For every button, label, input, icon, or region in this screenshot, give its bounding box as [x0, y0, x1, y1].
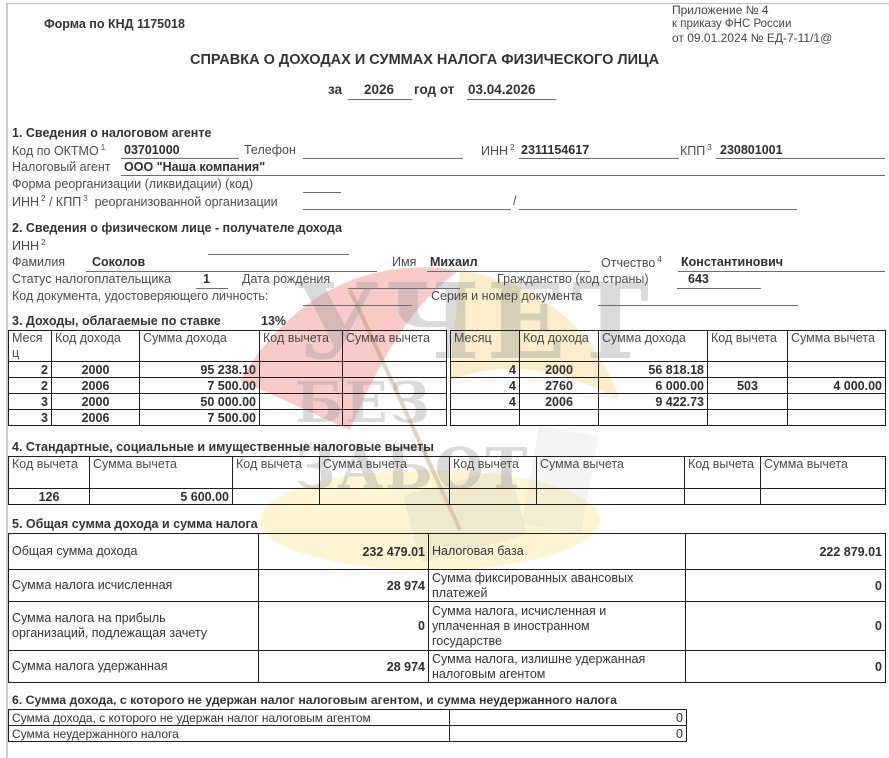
doc-number-label: Серия и номер документа — [431, 289, 582, 303]
deduction-amount-cell — [788, 410, 886, 426]
report-year: 2026 — [364, 82, 394, 97]
tax-rate: 13% — [261, 314, 286, 328]
agent-label: Налоговый агент — [12, 160, 111, 174]
unwithheld-tax-label: Сумма неудержанного налога — [9, 726, 450, 742]
total-income-label: Общая сумма дохода — [9, 534, 259, 570]
reorg-inn-kpp-label: ИНН2 / КПП3 реорганизованной организации — [12, 194, 278, 209]
deduction-amount-cell — [537, 489, 685, 505]
income-amount-cell — [599, 410, 708, 426]
unwithheld-income-value: 0 — [450, 710, 687, 726]
oktmo-label: Код по ОКТМО1 — [12, 143, 105, 158]
deduction-code-cell: 126 — [9, 489, 90, 505]
table-row: 4 2760 6 000.00 503 4 000.00 — [451, 378, 886, 394]
income-code-cell: 2760 — [520, 378, 599, 394]
income-code-cell: 2000 — [52, 362, 140, 378]
income-amount-cell: 50 000.00 — [140, 394, 260, 410]
patronymic-value: Константинович — [681, 255, 783, 269]
month-cell: 3 — [9, 410, 52, 426]
income-table-left: Меся ц Код дохода Сумма дохода Код вычет… — [8, 330, 447, 426]
year-suffix: год от — [414, 82, 454, 97]
table-row: 2 2000 95 238.10 — [9, 362, 447, 378]
income-code-cell: 2000 — [52, 394, 140, 410]
income-amount-cell: 95 238.10 — [140, 362, 260, 378]
unwithheld-table: Сумма дохода, с которого не удержан нало… — [8, 709, 687, 742]
report-date: 03.04.2026 — [468, 82, 536, 97]
surname-value: Соколов — [92, 255, 145, 269]
table-row: Сумма неудержанного налога 0 — [9, 726, 687, 742]
status-value: 1 — [203, 272, 210, 286]
deduction-code-cell — [260, 362, 343, 378]
income-amount-cell: 7 500.00 — [140, 410, 260, 426]
citizenship-label: Гражданство (код страны) — [497, 272, 649, 286]
income-amount-cell: 9 422.73 — [599, 394, 708, 410]
month-cell: 4 — [451, 378, 520, 394]
col-header: Код дохода — [520, 331, 599, 362]
income-amount-cell: 7 500.00 — [140, 378, 260, 394]
reorg-form-label: Форма реорганизации (ликвидации) (код) — [12, 177, 253, 191]
agent-inn-value: 2311154617 — [521, 143, 589, 157]
tax-calculated-value: 28 974 — [259, 570, 429, 602]
col-header: Код вычета — [685, 457, 761, 489]
slash: / — [513, 194, 516, 208]
unwithheld-income-label: Сумма дохода, с которого не удержан нало… — [9, 710, 450, 726]
section1-title: 1. Сведения о налоговом агенте — [12, 126, 211, 140]
month-cell: 2 — [9, 378, 52, 394]
section2-title: 2. Сведения о физическом лице - получате… — [12, 221, 342, 235]
col-header: Код вычета — [233, 457, 320, 489]
table-row: Сумма налога на прибыль организаций, под… — [9, 602, 886, 651]
deduction-code-cell — [708, 362, 788, 378]
col-header: Сумма вычета — [788, 331, 886, 362]
col-header: Сумма вычета — [343, 331, 447, 362]
col-header: Код вычета — [708, 331, 788, 362]
citizenship-value: 643 — [688, 272, 709, 286]
deduction-code-cell — [260, 378, 343, 394]
appendix-line: Приложение № 4 — [672, 3, 832, 17]
deduction-amount-cell — [343, 362, 447, 378]
tax-base-label: Налоговая база — [429, 534, 686, 570]
tax-withheld-label: Сумма налога удержанная — [9, 651, 259, 683]
fixed-advance-value: 0 — [686, 570, 886, 602]
section4-title: 4. Стандартные, социальные и имущественн… — [12, 440, 434, 454]
income-amount-cell: 6 000.00 — [599, 378, 708, 394]
month-cell — [451, 410, 520, 426]
for-label: за — [328, 82, 342, 97]
deduction-amount-cell — [788, 362, 886, 378]
profit-tax-offset-value: 0 — [259, 602, 429, 651]
table-row: 4 2000 56 818.18 — [451, 362, 886, 378]
oktmo-value: 03701000 — [124, 143, 180, 157]
name-value: Михаил — [430, 255, 478, 269]
tax-base-value: 222 879.01 — [686, 534, 886, 570]
agent-kpp-value: 230801001 — [720, 143, 783, 157]
table-row: 3 2006 7 500.00 — [9, 410, 447, 426]
deduction-amount-cell — [343, 410, 447, 426]
tax-calculated-label: Сумма налога исчисленная — [9, 570, 259, 602]
col-header: Сумма вычета — [761, 457, 886, 489]
col-header: Код вычета — [450, 457, 537, 489]
deductions-table: Код вычета Сумма вычета Код вычета Сумма… — [8, 456, 886, 505]
col-header: Сумма вычета — [320, 457, 450, 489]
deduction-amount-cell — [343, 378, 447, 394]
table-row: Сумма налога удержанная 28 974 Сумма нал… — [9, 651, 886, 683]
fixed-advance-label: Сумма фиксированных авансовых платежей — [429, 570, 686, 602]
income-code-cell: 2000 — [520, 362, 599, 378]
table-row: 2 2006 7 500.00 — [9, 378, 447, 394]
appendix-note: Приложение № 4 к приказу ФНС России от 0… — [672, 3, 832, 45]
income-amount-cell: 56 818.18 — [599, 362, 708, 378]
col-header: Код дохода — [52, 331, 140, 362]
deduction-code-cell — [708, 394, 788, 410]
col-header: Сумма дохода — [140, 331, 260, 362]
deduction-code-cell — [685, 489, 761, 505]
table-row: 4 2006 9 422.73 — [451, 394, 886, 410]
month-cell: 3 — [9, 394, 52, 410]
deduction-amount-cell — [343, 394, 447, 410]
totals-table: Общая сумма дохода 232 479.01 Налоговая … — [8, 533, 886, 683]
name-label: Имя — [392, 255, 416, 269]
deduction-code-cell — [260, 410, 343, 426]
agent-kpp-label: КПП3 — [680, 143, 712, 158]
deduction-code-cell — [260, 394, 343, 410]
foreign-tax-value: 0 — [686, 602, 886, 651]
surname-label: Фамилия — [12, 255, 65, 269]
deduction-amount-cell: 4 000.00 — [788, 378, 886, 394]
total-income-value: 232 479.01 — [259, 534, 429, 570]
appendix-line: к приказу ФНС России — [672, 17, 832, 31]
section6-title: 6. Сумма дохода, с которого не удержан н… — [12, 693, 617, 707]
section5-title: 5. Общая сумма дохода и сумма налога — [12, 517, 258, 531]
col-header: Код вычета — [9, 457, 90, 489]
col-header: Месяц — [451, 331, 520, 362]
col-header: Код вычета — [260, 331, 343, 362]
deduction-amount-cell — [320, 489, 450, 505]
tax-overwithheld-value: 0 — [686, 651, 886, 683]
table-row — [451, 410, 886, 426]
agent-inn-label: ИНН2 — [481, 143, 515, 158]
deduction-code-cell — [708, 410, 788, 426]
income-code-cell: 2006 — [52, 378, 140, 394]
doc-code-label: Код документа, удостоверяющего личность: — [12, 289, 268, 303]
month-cell: 4 — [451, 394, 520, 410]
deduction-amount-cell — [761, 489, 886, 505]
tax-withheld-value: 28 974 — [259, 651, 429, 683]
deduction-amount-cell: 5 600.00 — [90, 489, 233, 505]
income-code-cell: 2006 — [52, 410, 140, 426]
deduction-code-cell — [450, 489, 537, 505]
income-code-cell — [520, 410, 599, 426]
unwithheld-tax-value: 0 — [450, 726, 687, 742]
deduction-code-cell — [233, 489, 320, 505]
deduction-amount-cell — [788, 394, 886, 410]
section3-title: 3. Доходы, облагаемые по ставке — [12, 314, 221, 328]
table-row: Сумма дохода, с которого не удержан нало… — [9, 710, 687, 726]
income-table-right: Месяц Код дохода Сумма дохода Код вычета… — [450, 330, 886, 426]
col-header: Сумма вычета — [90, 457, 233, 489]
month-cell: 4 — [451, 362, 520, 378]
col-header: Сумма вычета — [537, 457, 685, 489]
foreign-tax-label: Сумма налога, исчисленная и уплаченная в… — [429, 602, 686, 651]
table-row: 3 2000 50 000.00 — [9, 394, 447, 410]
phone-label: Телефон — [244, 143, 296, 157]
col-header: Меся ц — [9, 331, 52, 362]
form-code: Форма по КНД 1175018 — [44, 17, 185, 31]
page-title: СПРАВКА О ДОХОДАХ И СУММАХ НАЛОГА ФИЗИЧЕ… — [190, 52, 659, 68]
deduction-code-cell: 503 — [708, 378, 788, 394]
tax-overwithheld-label: Сумма налога, излишне удержанная налогов… — [429, 651, 686, 683]
month-cell: 2 — [9, 362, 52, 378]
income-code-cell: 2006 — [520, 394, 599, 410]
birth-date-label: Дата рождения — [242, 272, 330, 286]
patronymic-label: Отчество4 — [601, 255, 662, 270]
table-row: 126 5 600.00 — [9, 489, 886, 505]
profit-tax-offset-label: Сумма налога на прибыль организаций, под… — [9, 602, 259, 651]
agent-value: ООО "Наша компания" — [124, 160, 265, 174]
status-label: Статус налогоплательщика — [12, 272, 171, 286]
col-header: Сумма дохода — [599, 331, 708, 362]
table-row: Сумма налога исчисленная 28 974 Сумма фи… — [9, 570, 886, 602]
person-inn-label: ИНН2 — [12, 238, 46, 253]
table-row: Общая сумма дохода 232 479.01 Налоговая … — [9, 534, 886, 570]
appendix-line: от 09.01.2024 № ЕД-7-11/1@ — [672, 31, 832, 45]
